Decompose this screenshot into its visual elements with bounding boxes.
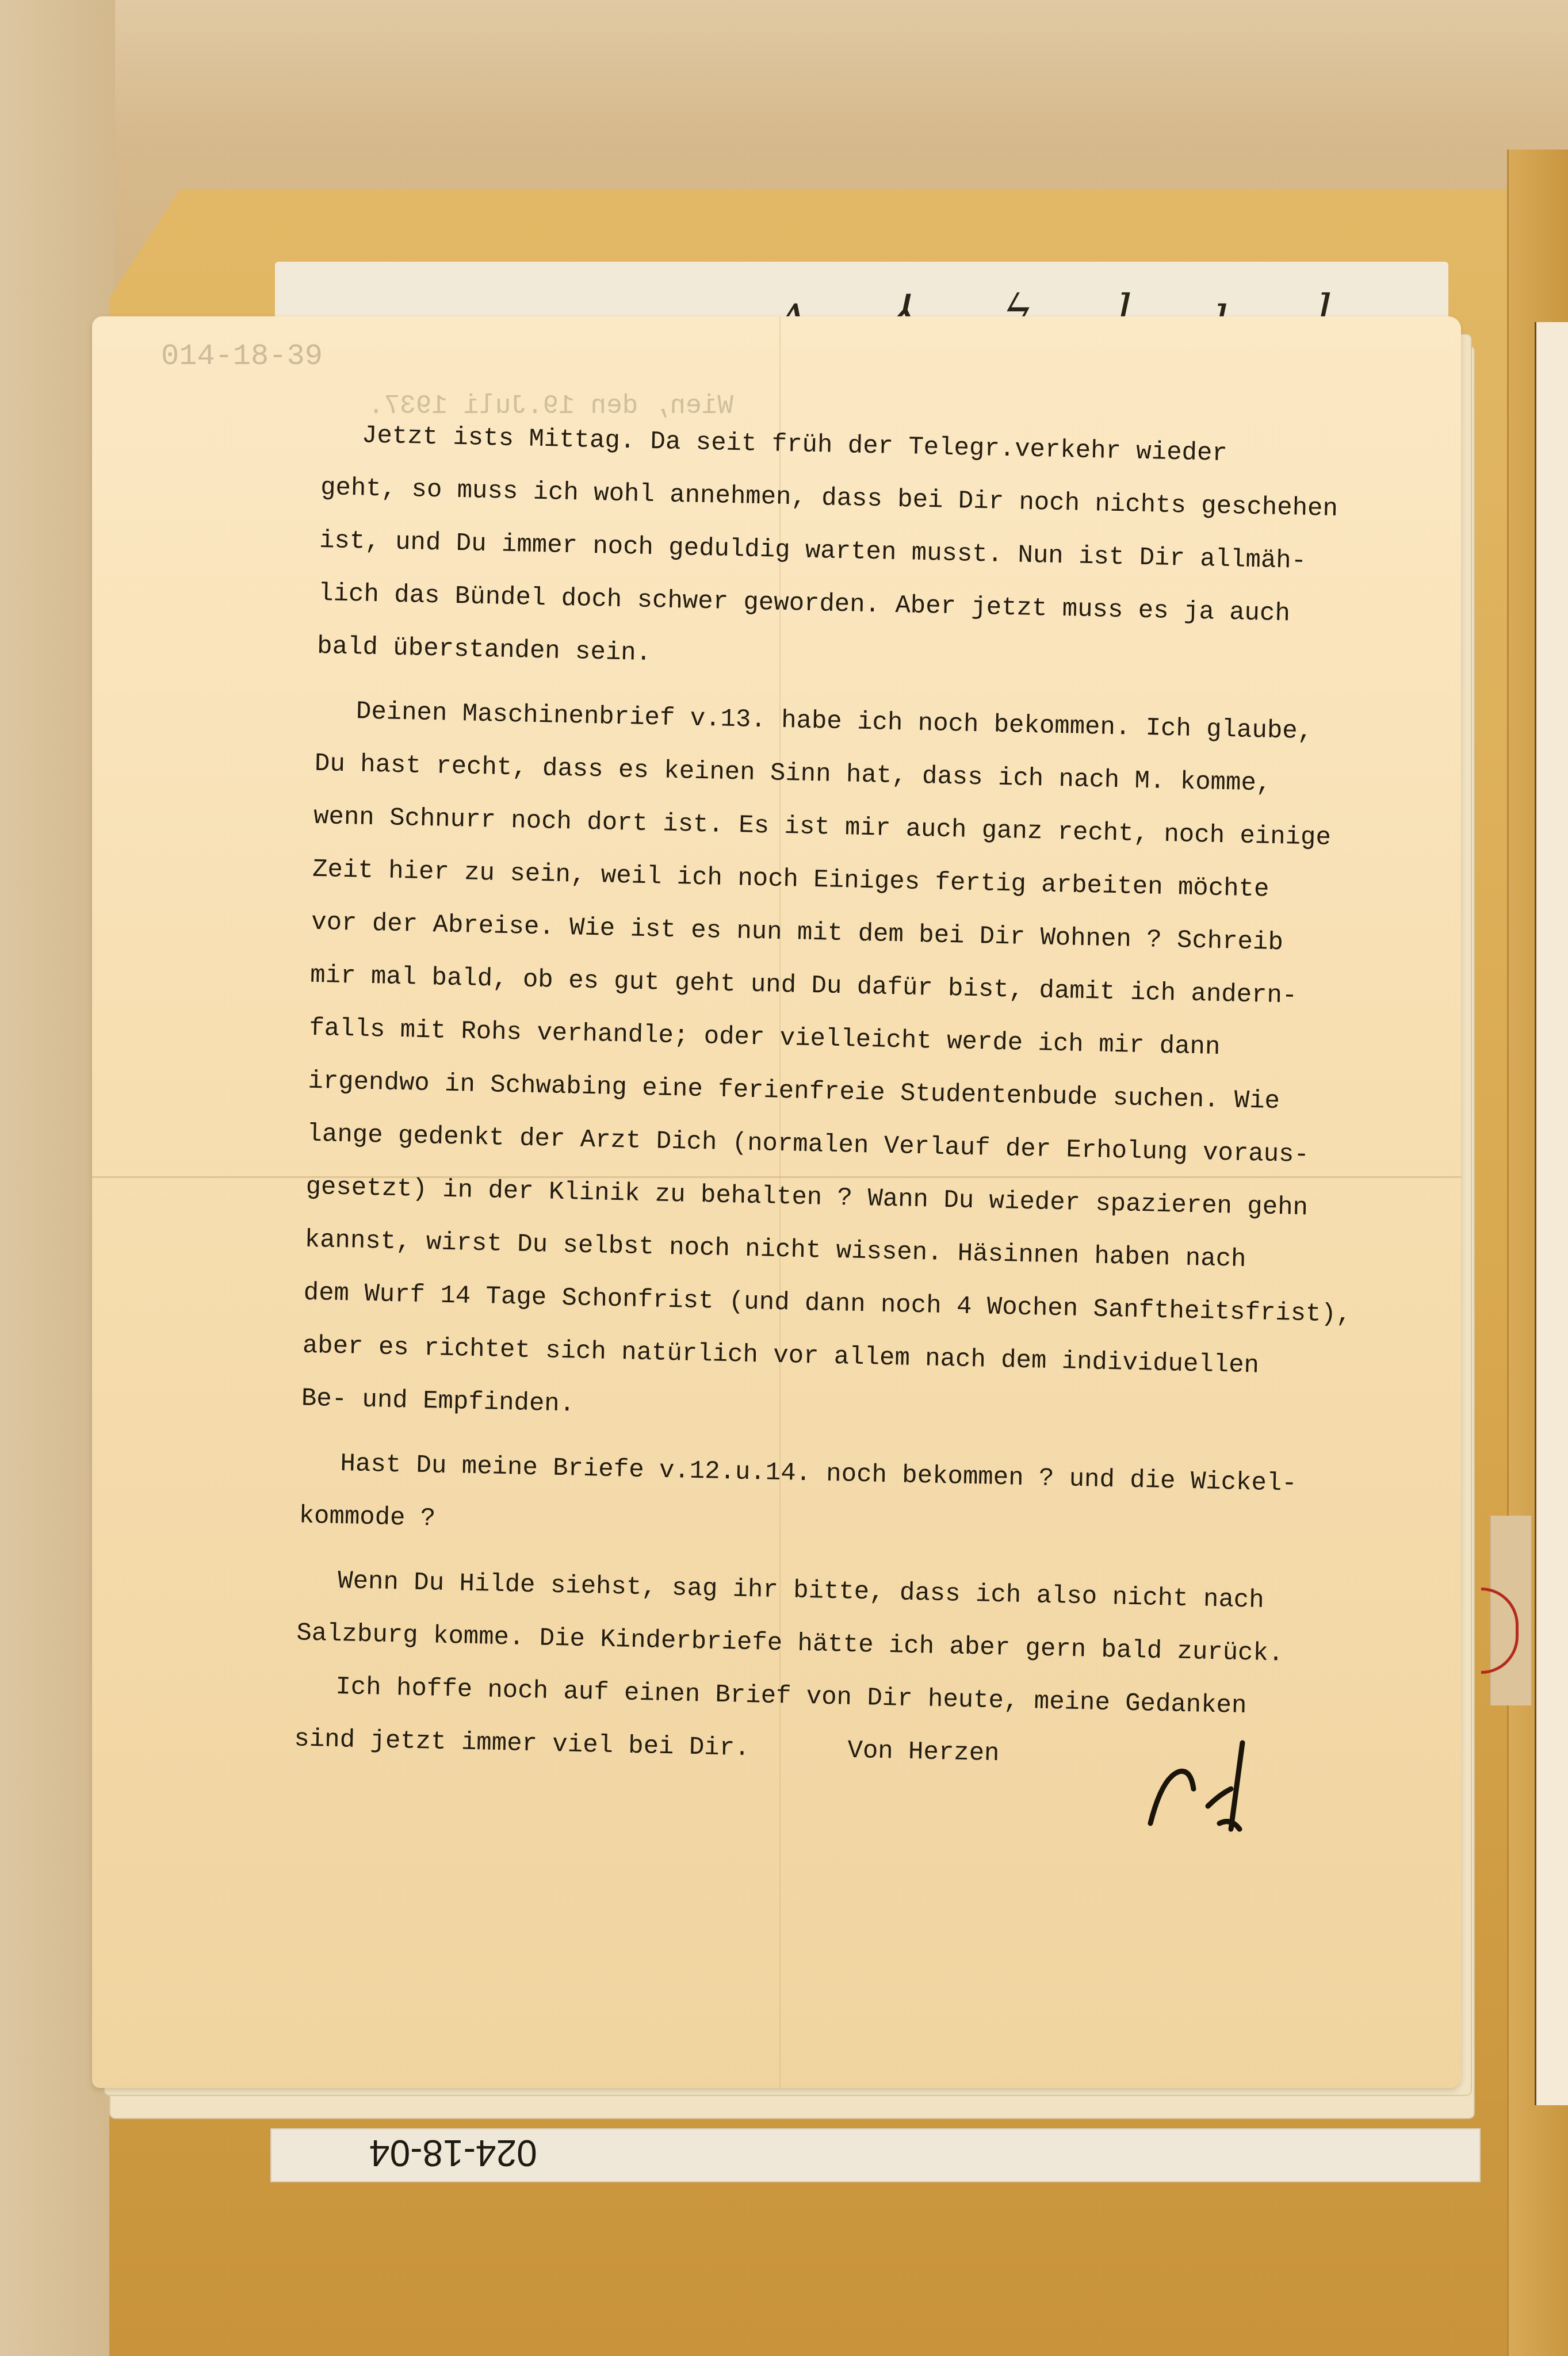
letter-body: Jetzt ists Mittag. Da seit früh der Tele… bbox=[294, 408, 1461, 1789]
text-line: sind jetzt immer viel bei Dir. bbox=[294, 1724, 750, 1763]
paragraph-1: Jetzt ists Mittag. Da seit früh der Tele… bbox=[316, 408, 1460, 697]
letter-page: 014-18-39 Wien, den 19.Juli 1937. Jetzt … bbox=[92, 316, 1461, 2088]
bottom-slip: 024-18-04 bbox=[270, 2128, 1481, 2182]
signature-icon bbox=[1145, 1737, 1277, 1835]
archive-number: 014-18-39 bbox=[161, 339, 323, 373]
archive-label: 024-18-04 bbox=[369, 2132, 537, 2174]
closing-greeting: Von Herzen bbox=[847, 1737, 1000, 1769]
adjacent-sheet bbox=[1535, 322, 1568, 2105]
paragraph-2: Deinen Maschinenbrief v.13. habe ich noc… bbox=[301, 684, 1455, 1449]
